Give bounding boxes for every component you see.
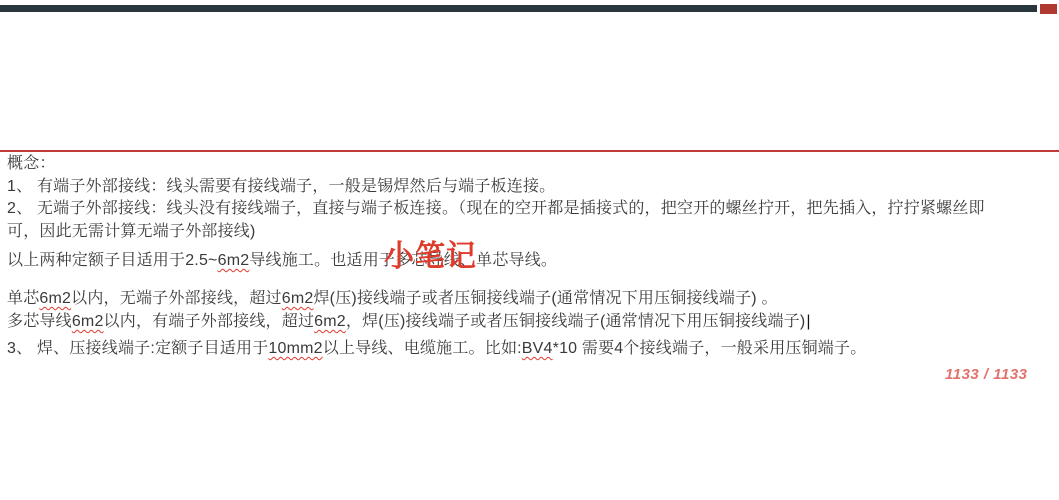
text-line-8[interactable]: 3、 焊、压接线端子:定额子目适用于10mm2以上导线、电缆施工。比如:BV4*… bbox=[7, 339, 866, 358]
spellcheck-squiggle-text: 6m2 bbox=[282, 290, 314, 307]
text-line-7[interactable]: 多芯导线6m2以内，有端子外部接线，超过6m2，焊(压)接线端子或者压铜接线端子… bbox=[7, 312, 811, 331]
text-line-3[interactable]: 2、 无端子外部接线：线头没有接线端子，直接与端子板连接。（现在的空开都是插接式… bbox=[7, 199, 985, 218]
text-segment: ，焊(压)接线端子或者压铜接线端子(通常情况下用压铜接线端子) bbox=[346, 313, 806, 330]
text-segment: 多芯导线 bbox=[7, 313, 72, 330]
text-segment: *10 需要4个接线端子，一般采用压铜端子。 bbox=[553, 340, 867, 357]
note-annotation: 小笔记 bbox=[384, 231, 477, 275]
text-segment: 以上两种定额子目适用于2.5~ bbox=[7, 252, 218, 269]
progress-handle[interactable] bbox=[1040, 4, 1057, 14]
page-indicator: 1133 / 1133 bbox=[945, 366, 1028, 383]
spellcheck-squiggle-text: BV4 bbox=[522, 340, 553, 357]
spellcheck-squiggle-text: 6m2 bbox=[72, 313, 104, 330]
text-line-2[interactable]: 1、 有端子外部接线：线头需要有接线端子，一般是锡焊然后与端子板连接。 bbox=[7, 177, 555, 196]
spellcheck-squiggle-text: 6m2 bbox=[218, 252, 250, 269]
text-segment: 单芯 bbox=[7, 290, 39, 307]
spellcheck-squiggle-text: 6m2 bbox=[39, 290, 71, 307]
text-cursor: | bbox=[806, 313, 810, 330]
spellcheck-squiggle-text: 6m2 bbox=[314, 313, 346, 330]
text-segment: 概念： bbox=[7, 155, 56, 172]
text-line-1[interactable]: 概念： bbox=[7, 154, 56, 173]
text-line-6[interactable]: 单芯6m2以内，无端子外部接线，超过6m2焊(压)接线端子或者压铜接线端子(通常… bbox=[7, 289, 778, 308]
text-segment: 可，因此无需计算无端子外部接线) bbox=[7, 223, 256, 240]
text-segment: 以内，无端子外部接线，超过 bbox=[71, 290, 282, 307]
text-line-4[interactable]: 可，因此无需计算无端子外部接线) bbox=[7, 222, 256, 241]
text-segment: 1、 有端子外部接线：线头需要有接线端子，一般是锡焊然后与端子板连接。 bbox=[7, 178, 555, 195]
text-segment: 焊(压)接线端子或者压铜接线端子(通常情况下用压铜接线端子) 。 bbox=[313, 290, 777, 307]
video-progress-bar[interactable] bbox=[0, 5, 1037, 12]
spellcheck-squiggle-text: 10mm2 bbox=[268, 340, 322, 357]
text-segment: 3、 焊、压接线端子:定额子目适用于 bbox=[7, 340, 268, 357]
text-segment: 2、 无端子外部接线：线头没有接线端子，直接与端子板连接。（现在的空开都是插接式… bbox=[7, 200, 985, 217]
red-divider-line bbox=[0, 150, 1059, 152]
text-segment: 以上导线、电缆施工。比如: bbox=[323, 340, 522, 357]
text-segment: 以内，有端子外部接线，超过 bbox=[104, 313, 315, 330]
